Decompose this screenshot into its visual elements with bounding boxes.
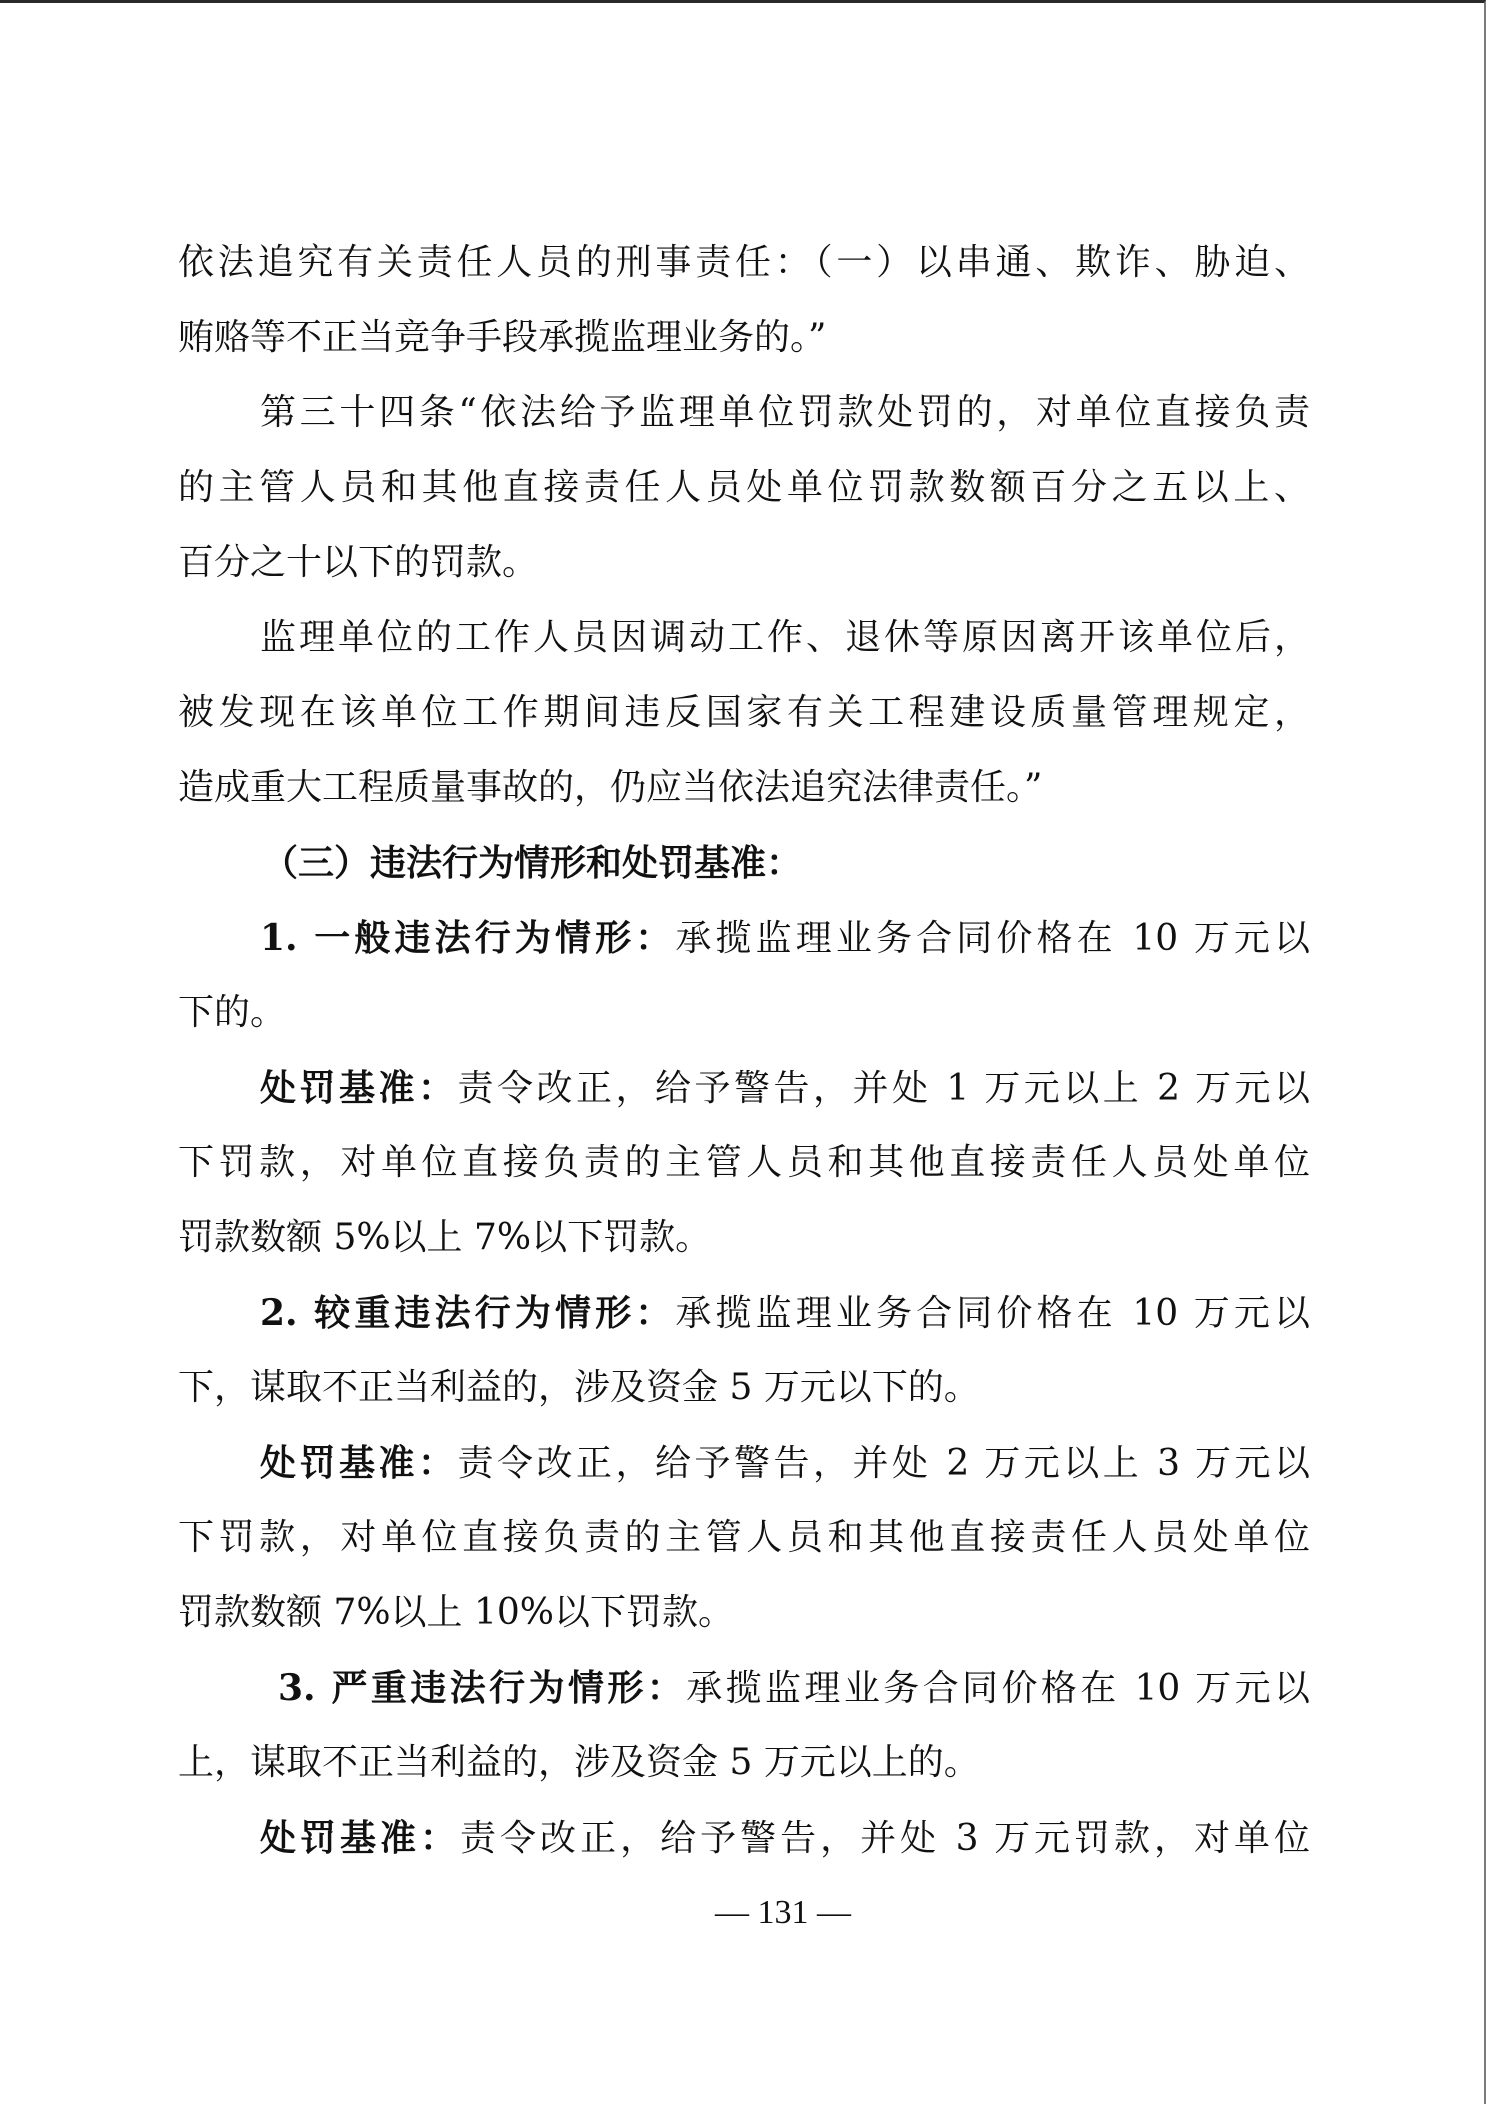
line-text: 下罚款，对单位直接负责的主管人员和其他直接责任人员处单位 xyxy=(178,1517,1310,1558)
text-line: 下的。 xyxy=(178,988,1310,1038)
paragraph-article-34: 第三十四条“依法给予监理单位罚款处罚的，对单位直接负责 xyxy=(260,388,1310,438)
text-line: 下罚款，对单位直接负责的主管人员和其他直接责任人员处单位 xyxy=(178,1513,1310,1563)
line-text: 监理单位的工作人员因调动工作、退休等原因离开该单位后， xyxy=(260,617,1310,658)
line-text: 造成重大工程质量事故的，仍应当依法追究法律责任。” xyxy=(178,767,1042,808)
text-line: 下罚款，对单位直接负责的主管人员和其他直接责任人员处单位 xyxy=(178,1138,1310,1188)
text-line: 被发现在该单位工作期间违反国家有关工程建设质量管理规定， xyxy=(178,688,1310,738)
line-text: 的主管人员和其他直接责任人员处单位罚款数额百分之五以上、 xyxy=(178,467,1310,508)
text-line: 罚款数额 7%以上 10%以下罚款。 xyxy=(178,1588,1310,1638)
text-line: 造成重大工程质量事故的，仍应当依法追究法律责任。” xyxy=(178,763,1310,813)
paragraph-staff-liability: 监理单位的工作人员因调动工作、退休等原因离开该单位后， xyxy=(260,613,1310,663)
line-text: 第三十四条“依法给予监理单位罚款处罚的，对单位直接负责 xyxy=(260,392,1310,433)
line-text: 依法追究有关责任人员的刑事责任：（一）以串通、欺诈、胁迫、 xyxy=(178,242,1310,283)
line-text: 上，谋取不正当利益的，涉及资金 5 万元以上的。 xyxy=(178,1742,980,1783)
heading-text: （三）违法行为情形和处罚基准： xyxy=(262,842,802,884)
line-text: 百分之十以下的罚款。 xyxy=(178,542,538,583)
penalty-standard-grave: 处罚基准：责令改正，给予警告，并处 3 万元罚款，对单位 xyxy=(260,1813,1310,1863)
penalty-label: 处罚基准： xyxy=(260,1442,457,1484)
general-violation-item: 1. 一般违法行为情形：承揽监理业务合同价格在 10 万元以 xyxy=(260,913,1310,963)
text-line: 依法追究有关责任人员的刑事责任：（一）以串通、欺诈、胁迫、 xyxy=(178,238,1310,288)
document-page: 依法追究有关责任人员的刑事责任：（一）以串通、欺诈、胁迫、 贿赂等不正当竞争手段… xyxy=(0,0,1486,2104)
penalty-standard-serious: 处罚基准：责令改正，给予警告，并处 2 万元以上 3 万元以 xyxy=(260,1438,1310,1488)
item-label: 2. 较重违法行为情形： xyxy=(260,1292,675,1334)
line-text: 罚款数额 5%以上 7%以下罚款。 xyxy=(178,1217,711,1258)
line-text: 责令改正，给予警告，并处 1 万元以上 2 万元以 xyxy=(457,1068,1310,1109)
text-line: 的主管人员和其他直接责任人员处单位罚款数额百分之五以上、 xyxy=(178,463,1310,513)
line-text: 被发现在该单位工作期间违反国家有关工程建设质量管理规定， xyxy=(178,692,1310,733)
text-line: 上，谋取不正当利益的，涉及资金 5 万元以上的。 xyxy=(178,1738,1310,1788)
text-line: 贿赂等不正当竞争手段承揽监理业务的。” xyxy=(178,313,1310,363)
section-heading: （三）违法行为情形和处罚基准： xyxy=(262,838,1394,888)
text-line: 百分之十以下的罚款。 xyxy=(178,538,1310,588)
serious-violation-item: 2. 较重违法行为情形：承揽监理业务合同价格在 10 万元以 xyxy=(260,1288,1310,1338)
line-text: 承揽监理业务合同价格在 10 万元以 xyxy=(686,1668,1310,1709)
item-label: 1. 一般违法行为情形： xyxy=(260,917,675,959)
line-text: 承揽监理业务合同价格在 10 万元以 xyxy=(675,1293,1310,1334)
line-text: 贿赂等不正当竞争手段承揽监理业务的。” xyxy=(178,317,826,358)
penalty-standard-general: 处罚基准：责令改正，给予警告，并处 1 万元以上 2 万元以 xyxy=(260,1063,1310,1113)
penalty-label: 处罚基准： xyxy=(260,1817,460,1859)
page-number: — 131 — xyxy=(683,1891,883,1935)
line-text: 下，谋取不正当利益的，涉及资金 5 万元以下的。 xyxy=(178,1367,980,1408)
line-text: 下的。 xyxy=(178,992,286,1033)
line-text: 责令改正，给予警告，并处 3 万元罚款，对单位 xyxy=(460,1818,1310,1859)
line-text: 下罚款，对单位直接负责的主管人员和其他直接责任人员处单位 xyxy=(178,1142,1310,1183)
penalty-label: 处罚基准： xyxy=(260,1067,457,1109)
line-text: 责令改正，给予警告，并处 2 万元以上 3 万元以 xyxy=(457,1443,1310,1484)
text-line: 下，谋取不正当利益的，涉及资金 5 万元以下的。 xyxy=(178,1363,1310,1413)
grave-violation-item: 3. 严重违法行为情形：承揽监理业务合同价格在 10 万元以 xyxy=(278,1663,1310,1713)
line-text: 承揽监理业务合同价格在 10 万元以 xyxy=(675,918,1310,959)
line-text: 罚款数额 7%以上 10%以下罚款。 xyxy=(178,1592,734,1633)
text-line: 罚款数额 5%以上 7%以下罚款。 xyxy=(178,1213,1310,1263)
item-label: 3. 严重违法行为情形： xyxy=(278,1667,686,1709)
